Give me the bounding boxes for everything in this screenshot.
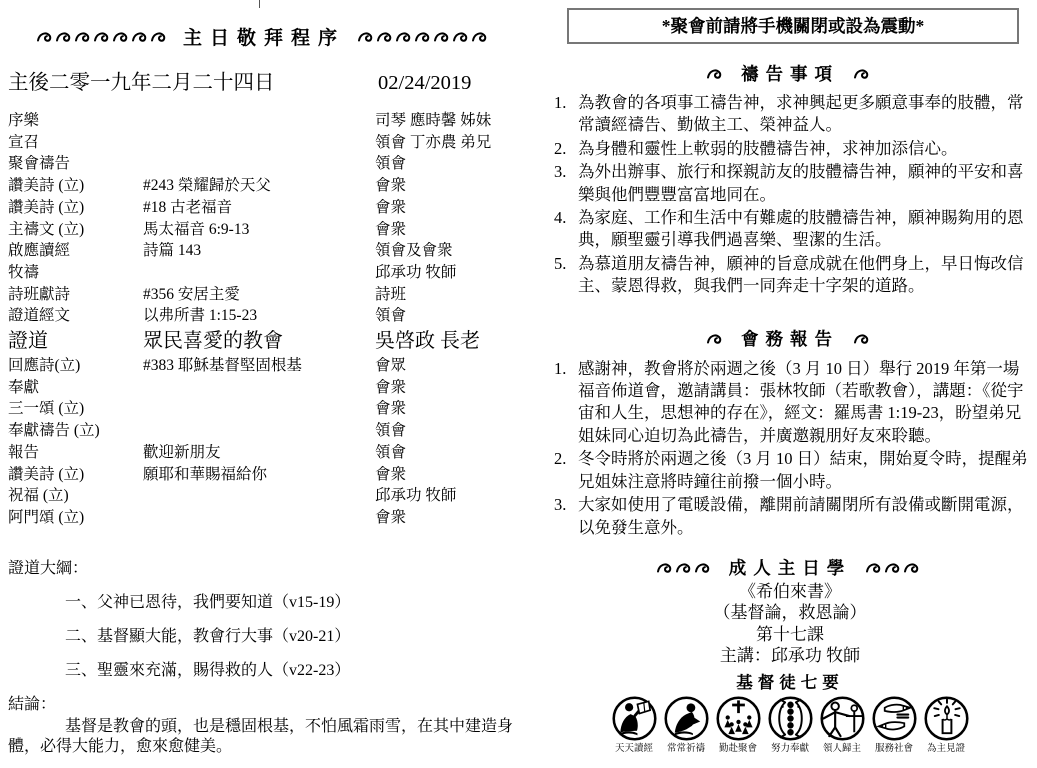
order-item-person: 會眾	[375, 355, 520, 377]
praying-icon	[662, 695, 710, 742]
prayer-item-text: 為身體和靈性上軟弱的肢體禱告神，求神加添信心。	[578, 138, 1029, 160]
order-item-person: 會衆	[375, 507, 520, 529]
seven-essential-label: 為主見證	[922, 743, 970, 755]
prayer-item-number: 3.	[551, 161, 578, 206]
sermon-outline-items: 一、父神已恩待，我們要知道（v15-19）二、基督顯大能，教會行大事（v20-2…	[8, 593, 520, 681]
order-item-label: 序樂	[8, 110, 143, 132]
report-item-number: 1.	[551, 358, 578, 448]
order-item-person: 會衆	[375, 398, 520, 420]
order-item-label: 阿門頌 (立)	[8, 507, 143, 529]
order-item-person: 邱承功 牧師	[375, 485, 520, 507]
community-service-icon	[870, 695, 918, 742]
order-item-content	[143, 377, 375, 399]
announcements-page: *聚會前請將手機關閉或設為震動* 禱告事項 1.為教會的各項事工禱告神，求神興起…	[551, 0, 1029, 755]
page-header: 主日敬拜程序	[8, 24, 520, 48]
seven-essentials-title: 基督徒七要	[551, 673, 1029, 693]
worship-order-list: 序樂司琴 應時馨 姊妹宣召領會 丁亦農 弟兄聚會禱告領會讚美詩 (立)#243 …	[8, 110, 520, 529]
order-item-label: 回應詩(立)	[8, 355, 143, 377]
evangelism-icon	[818, 695, 866, 742]
order-row: 祝福 (立)邱承功 牧師	[8, 485, 520, 507]
sunday-school-line: 主講：邱承功 牧師	[551, 645, 1029, 667]
page-title: 主日敬拜程序	[183, 23, 345, 50]
order-item-person: 領會	[375, 153, 520, 175]
scroll-ornament-icon	[706, 67, 727, 80]
order-row: 讚美詩 (立)#243 榮耀歸於天父會衆	[8, 175, 520, 197]
order-item-label: 奉獻禱告 (立)	[8, 420, 143, 442]
seven-essential-item: 領人歸主	[818, 695, 866, 755]
report-item: 1.感謝神，教會將於兩週之後（3 月 10 日）舉行 2019 年第一場福音佈道…	[551, 358, 1029, 448]
date-english: 02/24/2019	[378, 70, 520, 96]
order-item-label: 宣召	[8, 132, 143, 154]
conclusion-section: 結論： 基督是教會的頭，也是穩固根基，不怕風霜雨雪，在其中建造身體，必得大能力，…	[8, 695, 520, 757]
scroll-ornament-icon	[865, 561, 924, 574]
prayer-item-number: 1.	[551, 92, 578, 137]
order-row: 報告歡迎新朋友領會	[8, 442, 520, 464]
prayer-item: 2.為身體和靈性上軟弱的肢體禱告神，求神加添信心。	[551, 138, 1029, 160]
prayer-item-number: 4.	[551, 207, 578, 252]
adult-sunday-school: 成人主日學 《希伯來書》（基督論，救恩論）第十七課主講：邱承功 牧師	[551, 557, 1029, 667]
outline-point: 二、基督顯大能，教會行大事（v20-21）	[65, 627, 520, 647]
prayer-item: 1.為教會的各項事工禱告神，求神興起更多願意事奉的肢體，常常讀經禱告、勤做主工、…	[551, 92, 1029, 137]
seven-essential-item: 努力奉獻	[766, 695, 814, 755]
seven-essentials-icons: 天天讀經常常祈禱勤赴聚會努力奉獻領人歸主服務社會為主見證	[551, 695, 1029, 755]
prayer-item-text: 為教會的各項事工禱告神，求神興起更多願意事奉的肢體，常常讀經禱告、勤做主工、榮神…	[578, 92, 1029, 137]
order-item-person: 邱承功 牧師	[375, 262, 520, 284]
seven-essential-label: 領人歸主	[818, 743, 866, 755]
report-item-number: 2.	[551, 448, 578, 493]
church-attendance-icon	[714, 695, 762, 742]
order-item-content	[143, 132, 375, 154]
scroll-ornament-icon	[36, 30, 171, 43]
order-item-content: 詩篇 143	[143, 240, 375, 262]
order-item-content	[143, 110, 375, 132]
order-item-person: 會衆	[375, 464, 520, 486]
scroll-ornament-icon	[357, 30, 492, 43]
order-row: 證道眾民喜愛的教會吳啓政 長老	[8, 327, 520, 355]
order-item-content: 馬太福音 6:9-13	[143, 219, 375, 241]
prayer-item-text: 為外出辦事、旅行和探親訪友的肢體禱告神，願神的平安和喜樂與他們豐豐富富地同在。	[578, 161, 1029, 206]
outline-point: 一、父神已恩待，我們要知道（v15-19）	[65, 593, 520, 613]
order-row: 讚美詩 (立)願耶和華賜福給你會衆	[8, 464, 520, 486]
order-row: 阿門頌 (立)會衆	[8, 507, 520, 529]
sermon-outline-title: 證道大綱：	[8, 559, 520, 579]
order-row: 奉獻禱告 (立)領會	[8, 420, 520, 442]
order-item-content: 以弗所書 1:15-23	[143, 305, 375, 327]
sermon-outline: 證道大綱： 一、父神已恩待，我們要知道（v15-19）二、基督顯大能，教會行大事…	[8, 559, 520, 681]
order-item-person: 吳啓政 長老	[375, 327, 520, 355]
order-item-label: 牧禱	[8, 262, 143, 284]
prayer-item-text: 為家庭、工作和生活中有難處的肢體禱告神，願神賜夠用的恩典，願聖靈引導我們過喜樂、…	[578, 207, 1029, 252]
conclusion-title: 結論：	[8, 695, 520, 715]
report-item: 3.大家如使用了電暖設備，離開前請關閉所有設備或斷開電源，以免發生意外。	[551, 494, 1029, 539]
seven-essentials: 基督徒七要 天天讀經常常祈禱勤赴聚會努力奉獻領人歸主服務社會為主見證	[551, 673, 1029, 755]
order-row: 證道經文以弗所書 1:15-23領會	[8, 305, 520, 327]
outline-point: 三、聖靈來充滿，賜得救的人（v22-23）	[65, 661, 520, 681]
seven-essential-label: 天天讀經	[610, 743, 658, 755]
order-item-content: 歡迎新朋友	[143, 442, 375, 464]
order-item-label: 奉獻	[8, 377, 143, 399]
prayer-item-text: 為慕道朋友禱告神，願神的旨意成就在他們身上，早日悔改信主、蒙恩得救，與我們一同奔…	[578, 253, 1029, 298]
order-item-label: 讚美詩 (立)	[8, 197, 143, 219]
order-row: 詩班獻詩#356 安居主愛詩班	[8, 284, 520, 306]
prayer-item: 3.為外出辦事、旅行和探親訪友的肢體禱告神，願神的平安和喜樂與他們豐豐富富地同在…	[551, 161, 1029, 206]
seven-essential-item: 常常祈禱	[662, 695, 710, 755]
order-row: 回應詩(立)#383 耶穌基督堅固根基會眾	[8, 355, 520, 377]
order-item-person: 領會 丁亦農 弟兄	[375, 132, 520, 154]
order-item-label: 讚美詩 (立)	[8, 175, 143, 197]
sunday-school-heading: 成人主日學	[551, 557, 1029, 579]
seven-essential-item: 為主見證	[922, 695, 970, 755]
seven-essential-item: 勤赴聚會	[714, 695, 762, 755]
order-row: 牧禱邱承功 牧師	[8, 262, 520, 284]
prayer-item-number: 2.	[551, 138, 578, 160]
order-item-content: #18 古老福音	[143, 197, 375, 219]
church-report-list: 1.感謝神，教會將於兩週之後（3 月 10 日）舉行 2019 年第一場福音佈道…	[551, 358, 1029, 539]
date-chinese: 主後二零一九年二月二十四日	[8, 70, 378, 96]
order-item-person: 會衆	[375, 175, 520, 197]
seven-essential-item: 服務社會	[870, 695, 918, 755]
order-item-content	[143, 420, 375, 442]
prayer-item: 5.為慕道朋友禱告神，願神的旨意成就在他們身上，早日悔改信主、蒙恩得救，與我們一…	[551, 253, 1029, 298]
order-item-label: 讚美詩 (立)	[8, 464, 143, 486]
church-report-heading: 會務報告	[551, 328, 1029, 350]
order-item-person: 司琴 應時馨 姊妹	[375, 110, 520, 132]
scroll-ornament-icon	[656, 561, 715, 574]
witness-candle-icon	[922, 695, 970, 742]
order-item-label: 主禱文 (立)	[8, 219, 143, 241]
sunday-school-line: 《希伯來書》	[551, 581, 1029, 603]
order-item-content	[143, 485, 375, 507]
order-item-person: 會衆	[375, 377, 520, 399]
prayer-item-number: 5.	[551, 253, 578, 298]
order-item-content	[143, 398, 375, 420]
order-item-person: 詩班	[375, 284, 520, 306]
order-item-person: 領會及會衆	[375, 240, 520, 262]
order-item-person: 會衆	[375, 197, 520, 219]
seven-essential-label: 勤赴聚會	[714, 743, 762, 755]
report-item-text: 感謝神，教會將於兩週之後（3 月 10 日）舉行 2019 年第一場福音佈道會，…	[578, 358, 1029, 448]
order-row: 奉獻會衆	[8, 377, 520, 399]
date-row: 主後二零一九年二月二十四日 02/24/2019	[8, 70, 520, 96]
order-item-label: 證道	[8, 327, 143, 355]
offering-icon	[766, 695, 814, 742]
scroll-ornament-icon	[853, 67, 874, 80]
order-item-person: 會衆	[375, 219, 520, 241]
order-item-label: 三一頌 (立)	[8, 398, 143, 420]
order-item-content: #243 榮耀歸於天父	[143, 175, 375, 197]
order-row: 序樂司琴 應時馨 姊妹	[8, 110, 520, 132]
order-row: 聚會禱告領會	[8, 153, 520, 175]
report-item-text: 大家如使用了電暖設備，離開前請關閉所有設備或斷開電源，以免發生意外。	[578, 494, 1029, 539]
order-item-label: 祝福 (立)	[8, 485, 143, 507]
prayer-item: 4.為家庭、工作和生活中有難處的肢體禱告神，願神賜夠用的恩典，願聖靈引導我們過喜…	[551, 207, 1029, 252]
order-item-content: #356 安居主愛	[143, 284, 375, 306]
seven-essential-label: 常常祈禱	[662, 743, 710, 755]
order-row: 啟應讀經詩篇 143領會及會衆	[8, 240, 520, 262]
prayer-items-list: 1.為教會的各項事工禱告神，求神興起更多願意事奉的肢體，常常讀經禱告、勤做主工、…	[551, 92, 1029, 298]
reading-icon	[610, 695, 658, 742]
sunday-school-line: （基督論，救恩論）	[551, 602, 1029, 624]
seven-essential-item: 天天讀經	[610, 695, 658, 755]
order-row: 讚美詩 (立)#18 古老福音會衆	[8, 197, 520, 219]
worship-order-page: 主日敬拜程序 主後二零一九年二月二十四日 02/24/2019 序樂司琴 應時馨…	[8, 0, 520, 757]
sunday-school-details: 《希伯來書》（基督論，救恩論）第十七課主講：邱承功 牧師	[551, 581, 1029, 667]
order-row: 宣召領會 丁亦農 弟兄	[8, 132, 520, 154]
report-item-number: 3.	[551, 494, 578, 539]
order-item-label: 啟應讀經	[8, 240, 143, 262]
scroll-ornament-icon	[853, 332, 874, 345]
order-item-label: 報告	[8, 442, 143, 464]
report-item-text: 冬令時將於兩週之後（3 月 10 日）結束，開始夏令時，提醒弟兄姐妹注意將時鐘往…	[578, 448, 1029, 493]
phone-silence-notice: *聚會前請將手機關閉或設為震動*	[567, 8, 1019, 44]
order-item-content	[143, 262, 375, 284]
order-item-label: 證道經文	[8, 305, 143, 327]
order-item-content: #383 耶穌基督堅固根基	[143, 355, 375, 377]
order-item-content	[143, 507, 375, 529]
order-item-person: 領會	[375, 420, 520, 442]
order-item-label: 聚會禱告	[8, 153, 143, 175]
report-item: 2.冬令時將於兩週之後（3 月 10 日）結束，開始夏令時，提醒弟兄姐妹注意將時…	[551, 448, 1029, 493]
sunday-school-line: 第十七課	[551, 624, 1029, 646]
seven-essential-label: 努力奉獻	[766, 743, 814, 755]
seven-essential-label: 服務社會	[870, 743, 918, 755]
order-item-content: 願耶和華賜福給你	[143, 464, 375, 486]
order-row: 三一頌 (立)會衆	[8, 398, 520, 420]
order-row: 主禱文 (立)馬太福音 6:9-13會衆	[8, 219, 520, 241]
scroll-ornament-icon	[706, 332, 727, 345]
order-item-label: 詩班獻詩	[8, 284, 143, 306]
prayer-items-heading: 禱告事項	[551, 62, 1029, 84]
order-item-content	[143, 153, 375, 175]
order-item-content: 眾民喜愛的教會	[143, 327, 375, 355]
order-item-person: 領會	[375, 442, 520, 464]
conclusion-text: 基督是教會的頭，也是穩固根基，不怕風霜雨雪，在其中建造身體，必得大能力，愈來愈健…	[8, 717, 516, 757]
order-item-person: 領會	[375, 305, 520, 327]
